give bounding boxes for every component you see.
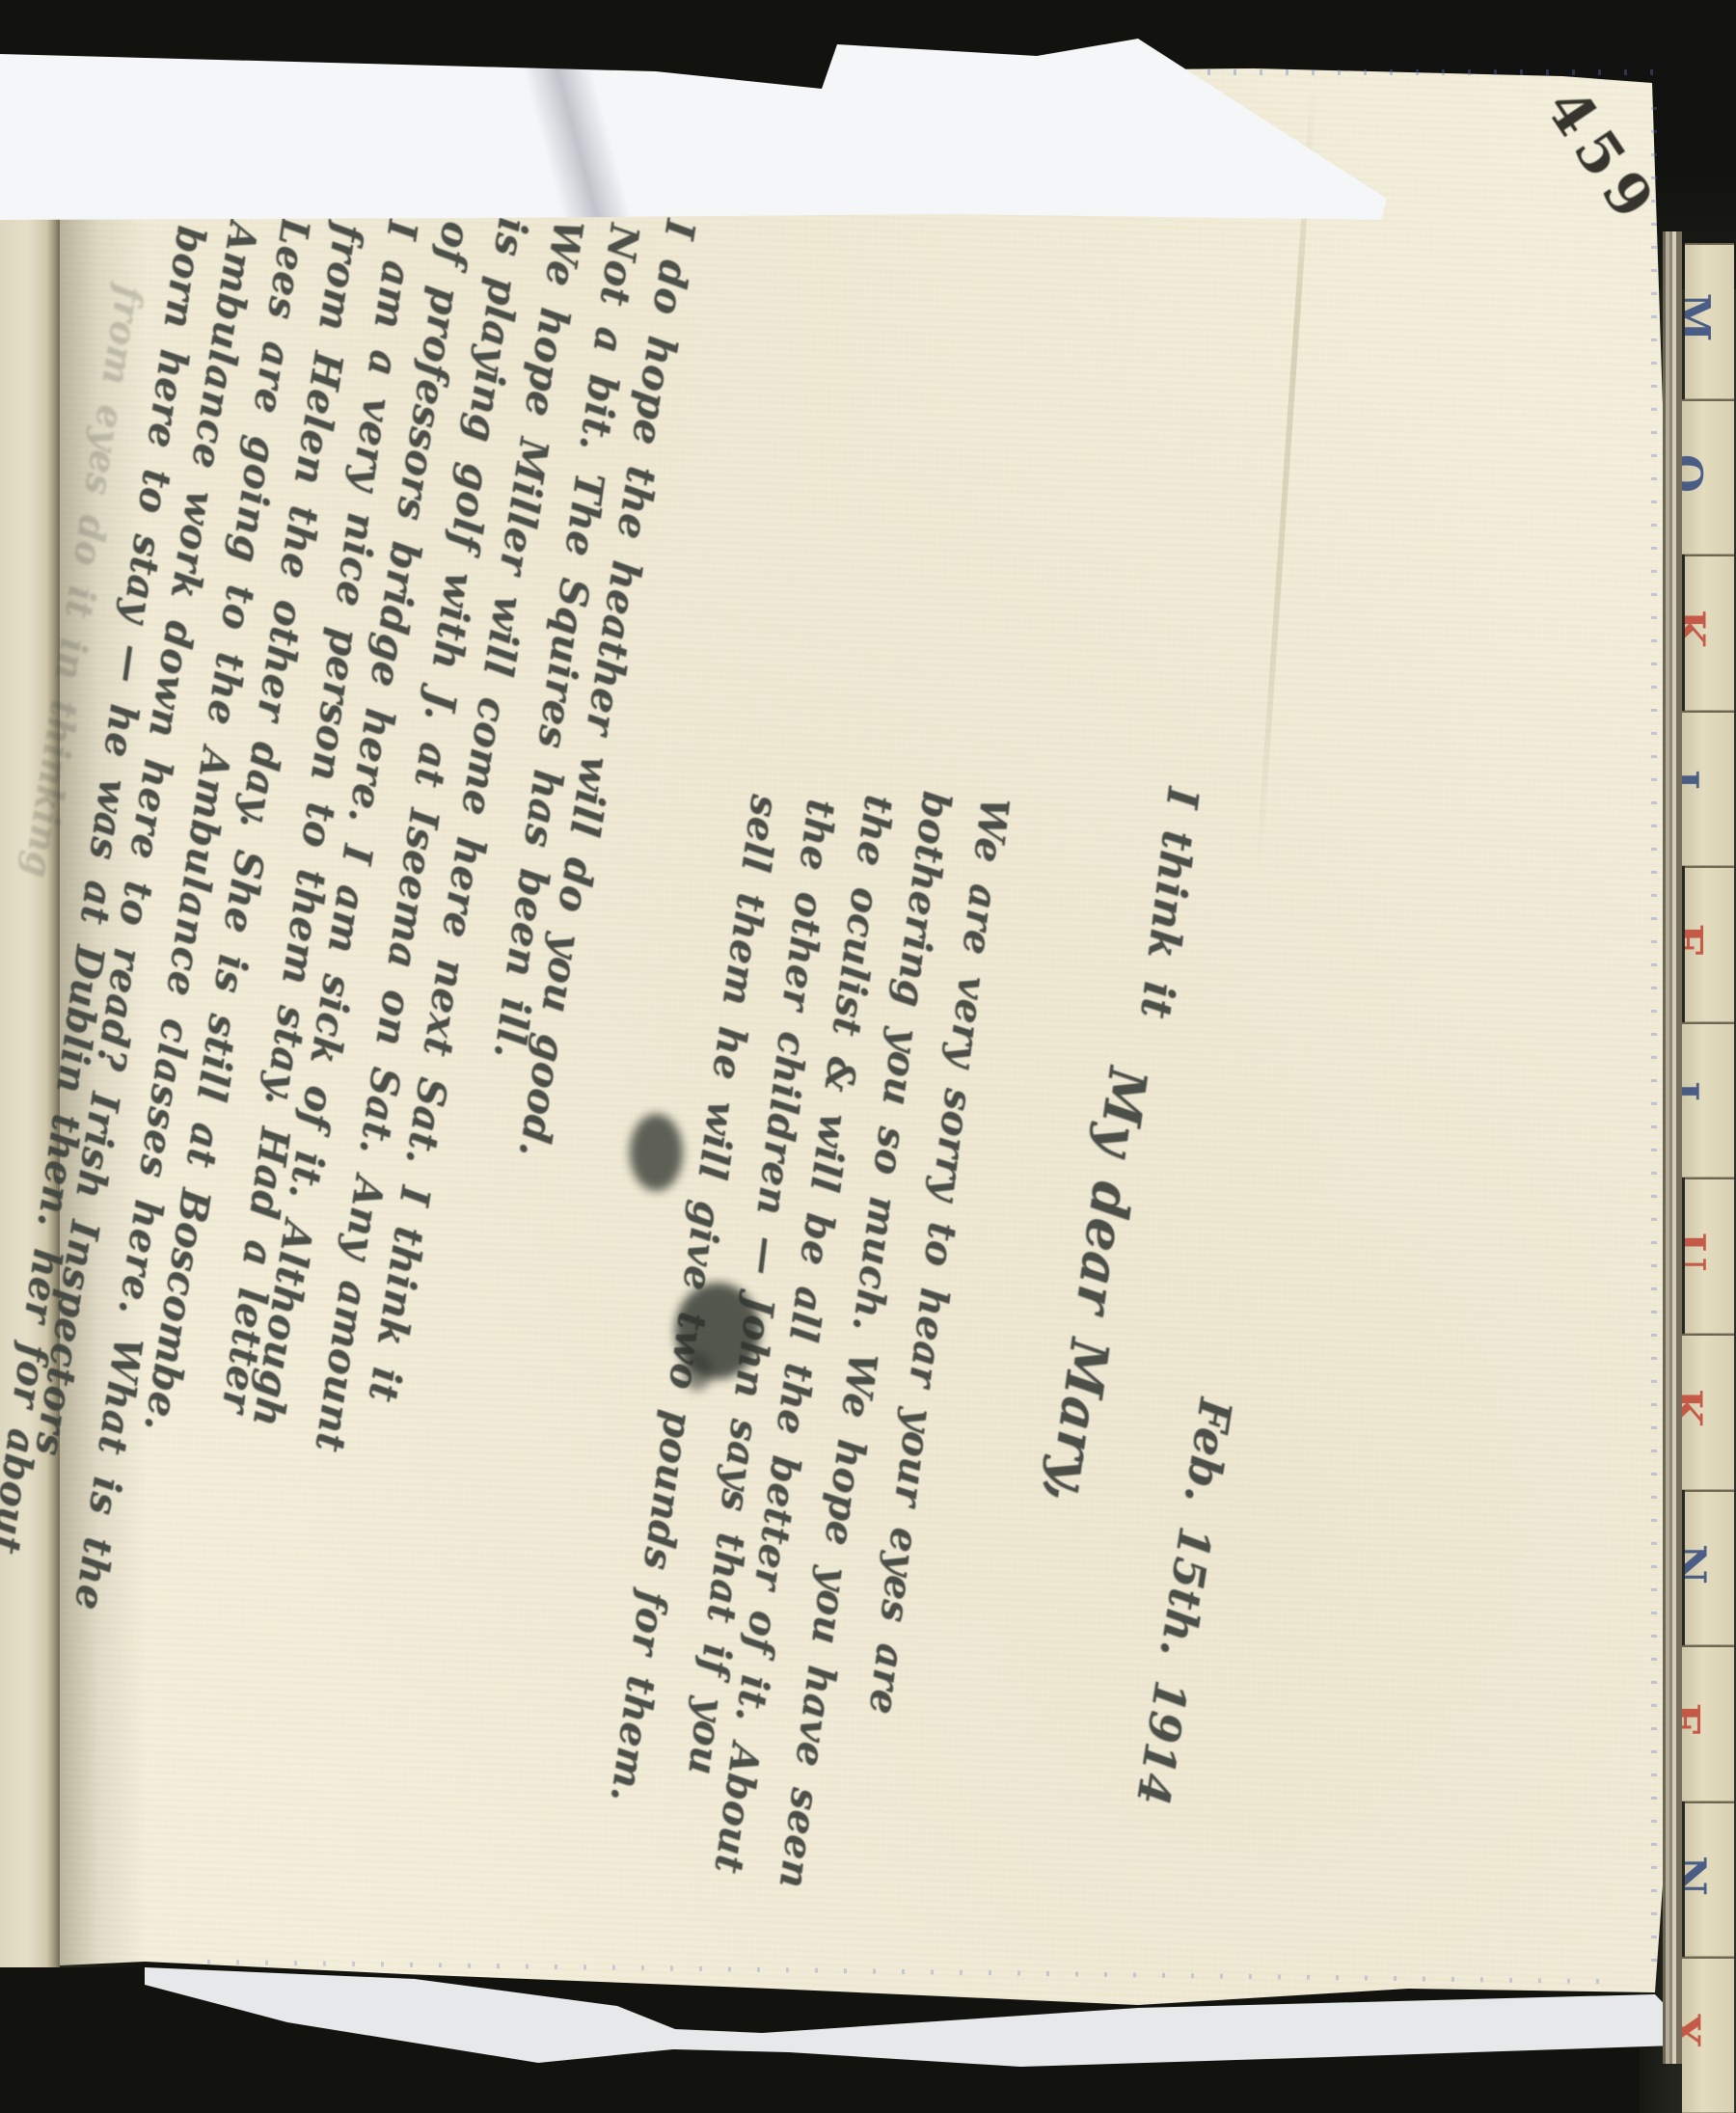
letter-date-line: Feb. 15th. 1914	[1126, 1395, 1242, 1809]
photo-of-album-page: M O K L E L U K N E N X 459 Feb. 15th. 1…	[0, 0, 1736, 2113]
ink-blot	[630, 1114, 683, 1191]
letter-marginal-line: I think it	[1130, 785, 1207, 1021]
rotated-letter-text-layer: 459 Feb. 15th. 1914 I think it My dear M…	[0, 0, 1736, 2113]
letter-salutation: My dear Mary,	[1037, 1064, 1159, 1507]
ink-blot	[683, 1352, 712, 1391]
page-number-stamp: 459	[1533, 77, 1672, 239]
